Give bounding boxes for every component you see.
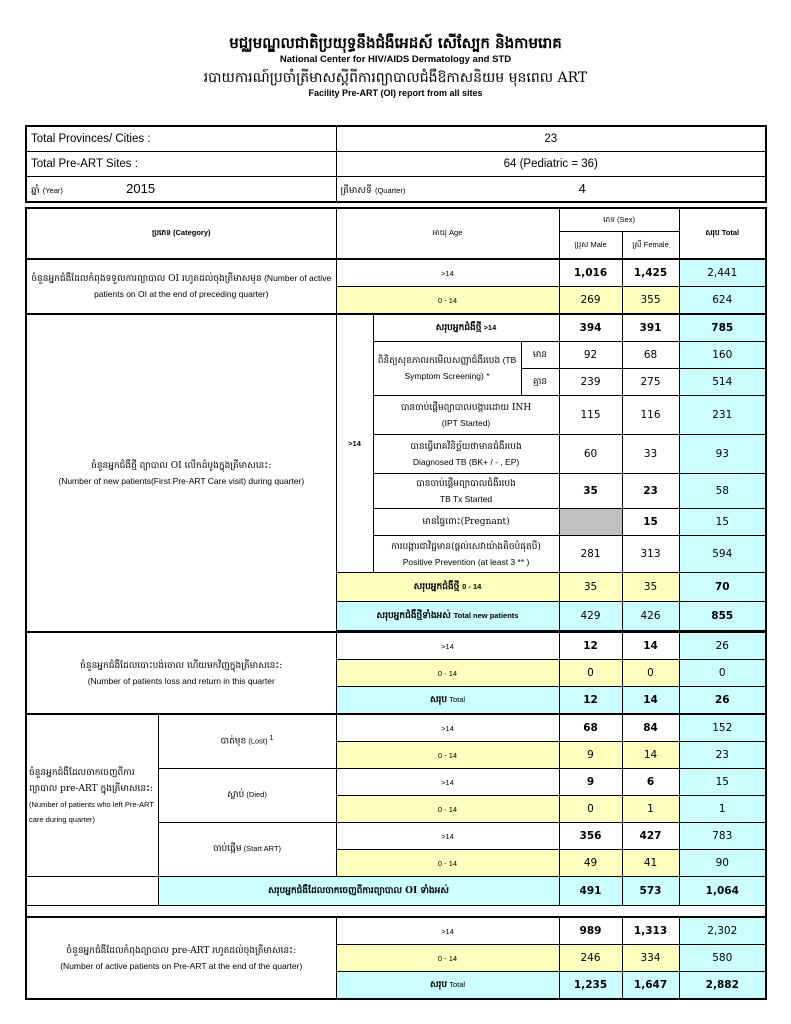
s5-female-child: 334 bbox=[622, 945, 679, 972]
s4-total-label: សរុបអ្នកជំងឺដែលចាកចេញពីការព្យាបាល OI ទាំ… bbox=[158, 877, 559, 906]
s3-total-adult: 26 bbox=[679, 632, 766, 660]
s5-total-child: 580 bbox=[679, 945, 766, 972]
s3-label-km: ចំនួនអ្នកជំងឺដែលបោះបង់ចោល ហើយមកវិញក្នុងត… bbox=[80, 661, 282, 671]
s5-male-adult: 989 bbox=[559, 917, 622, 945]
s5-total-label-en: Total bbox=[449, 980, 465, 989]
s4-lost-age-adult: >14 bbox=[336, 714, 559, 742]
year-value: 2015 bbox=[126, 181, 155, 196]
s2-diag-tb-label-km: បានធ្វើរោគវិនិច្ឆ័យថាមានជំងឺរបេង bbox=[410, 442, 521, 452]
s3-age-adult: >14 bbox=[336, 632, 559, 660]
s2-tb-tx-male: 35 bbox=[559, 474, 622, 509]
s1-row-adult: ចំនួនអ្នកជំងឺដែលកំពុងទទួលការព្យាបាល OI រ… bbox=[26, 259, 766, 287]
s3-female-adult: 14 bbox=[622, 632, 679, 660]
s4-lost-female-adult: 84 bbox=[622, 714, 679, 742]
s2-total-child-label-km: សរុបអ្នកជំងឺថ្មី bbox=[414, 582, 460, 592]
s3-total-total: 26 bbox=[679, 687, 766, 715]
s4-lost-label: បាត់មុខ (Lost) 1 bbox=[158, 714, 336, 769]
period-row: ឆ្នាំ (Year) 2015 ត្រីមាសទី (Quarter) 4 bbox=[26, 177, 766, 203]
s2-tb-tx-label-en: TB Tx Started bbox=[440, 494, 492, 504]
s3-label: ចំនួនអ្នកជំងឺដែលបោះបង់ចោល ហើយមកវិញក្នុងត… bbox=[26, 632, 336, 714]
info-table: Total Provinces/ Cities : 23 Total Pre-A… bbox=[25, 125, 767, 203]
s3-total-female: 14 bbox=[622, 687, 679, 715]
s2-row-total-adult: ចំនួនអ្នកជំងឺថ្មី ព្យាបាល OI លើកដំបូងក្ន… bbox=[26, 314, 766, 342]
s4-lost-label-km: បាត់មុខ bbox=[221, 736, 247, 746]
provinces-value: 23 bbox=[336, 126, 766, 152]
s2-diag-tb-total: 93 bbox=[679, 435, 766, 474]
s2-total-adult-label-km: សរុបអ្នកជំងឺថ្មី bbox=[436, 323, 482, 333]
s4-died-label: ស្លាប់ (Died) bbox=[158, 769, 336, 823]
quarter-value: 4 bbox=[579, 181, 586, 196]
s4-label-km: ចំនួនអ្នកជំងឺដែលចាកចេញពីការព្យាបាល pre-A… bbox=[29, 768, 153, 794]
sites-row: Total Pre-ART Sites : 64 (Pediatric = 36… bbox=[26, 152, 766, 177]
provinces-label: Total Provinces/ Cities : bbox=[26, 126, 336, 152]
s2-tb-screen-label: ពិនិត្យសុខភាពរកមើលសញ្ញាជំងឺរបេង (TB Symp… bbox=[373, 342, 521, 396]
s4-art-label-en: (Start ART) bbox=[244, 844, 281, 853]
s2-total-child-female: 35 bbox=[622, 573, 679, 602]
s5-male-child: 246 bbox=[559, 945, 622, 972]
s2-tb-no-male: 239 bbox=[559, 369, 622, 396]
quarter-label-en: (Quarter) bbox=[375, 186, 405, 195]
s2-pregnant-total: 15 bbox=[679, 509, 766, 536]
s3-row-adult: ចំនួនអ្នកជំងឺដែលបោះបង់ចោល ហើយមកវិញក្នុងត… bbox=[26, 632, 766, 660]
sites-value: 64 (Pediatric = 36) bbox=[336, 152, 766, 177]
s3-male-child: 0 bbox=[559, 660, 622, 687]
s2-ipt-label-km: បានចាប់ផ្តើមព្យាបាលបង្ការដោយ INH bbox=[401, 403, 531, 413]
s2-tb-yes-label: មាន bbox=[521, 342, 559, 369]
s3-total-child: 0 bbox=[679, 660, 766, 687]
s4-spacer bbox=[26, 906, 766, 918]
quarter-label-km: ត្រីមាសទី bbox=[341, 186, 372, 196]
s4-label-en: (Number of patients who left Pre-ART car… bbox=[29, 800, 154, 824]
report-title-km: មជ្ឈមណ្ឌលជាតិប្រយុទ្ធនឹងជំងឺអេដស៍ សើស្បែ… bbox=[0, 34, 791, 56]
s4-total-blank bbox=[26, 877, 158, 906]
s2-pos-prev-female: 313 bbox=[622, 536, 679, 573]
s2-pregnant-label: មានផ្ទៃពោះ(Pregnant) bbox=[373, 509, 559, 536]
s4-art-total-adult: 783 bbox=[679, 823, 766, 850]
s2-tb-no-label: គ្មាន bbox=[521, 369, 559, 396]
s4-art-label: ចាប់ផ្តើម (Start ART) bbox=[158, 823, 336, 877]
s2-total-adult-total: 785 bbox=[679, 314, 766, 342]
s2-ipt-female: 116 bbox=[622, 396, 679, 435]
s5-age-child: 0 - 14 bbox=[336, 945, 559, 972]
s2-total-adult-label: សរុបអ្នកជំងឺថ្មី >14 bbox=[373, 314, 559, 342]
s2-total-new-label-km: សរុបអ្នកជំងឺថ្មីទាំងអស់ bbox=[377, 611, 451, 621]
s2-label: ចំនួនអ្នកជំងឺថ្មី ព្យាបាល OI លើកដំបូងក្ន… bbox=[26, 314, 336, 632]
s4-art-age-adult: >14 bbox=[336, 823, 559, 850]
s3-male-adult: 12 bbox=[559, 632, 622, 660]
s2-pregnant-female: 15 bbox=[622, 509, 679, 536]
s1-female-child: 355 bbox=[622, 287, 679, 315]
s4-died-age-adult: >14 bbox=[336, 769, 559, 796]
s2-total-child-total: 70 bbox=[679, 573, 766, 602]
s2-pos-prev-male: 281 bbox=[559, 536, 622, 573]
s4-died-label-en: (Died) bbox=[246, 790, 266, 799]
col-female: ស្រី Female bbox=[622, 232, 679, 260]
s2-pos-prev-label: ការបង្ការជាវិជ្ជមាន(ផ្តល់សេវាយ៉ាងតិចបំផុ… bbox=[373, 536, 559, 573]
s4-lost-male-adult: 68 bbox=[559, 714, 622, 742]
s4-total-male: 491 bbox=[559, 877, 622, 906]
s5-total-total: 2,882 bbox=[679, 972, 766, 1000]
s4-total-female: 573 bbox=[622, 877, 679, 906]
col-sex: ភេទ (Sex) bbox=[559, 208, 679, 232]
s4-art-female-child: 41 bbox=[622, 850, 679, 877]
s4-died-age-child: 0 - 14 bbox=[336, 796, 559, 823]
report-title-en: National Center for HIV/AIDS Dermatology… bbox=[0, 54, 791, 65]
s4-died-label-km: ស្លាប់ bbox=[227, 790, 244, 800]
s5-label: ចំនួនអ្នកជំងឺដែលកំពុងព្យាបាល pre-ART រហូ… bbox=[26, 917, 336, 999]
s4-art-male-child: 49 bbox=[559, 850, 622, 877]
s2-tb-tx-label-km: បានចាប់ផ្តើមព្យាបាលជំងឺរបេង bbox=[416, 479, 516, 489]
s4-died-female-adult: 6 bbox=[622, 769, 679, 796]
s1-label-km: ចំនួនអ្នកជំងឺដែលកំពុងទទួលការព្យាបាល OI រ… bbox=[31, 274, 261, 284]
header-row-1: ប្រភេទ (Category) អាយុ Age ភេទ (Sex) សរុ… bbox=[26, 208, 766, 232]
s2-pregnant-male bbox=[559, 509, 622, 536]
s4-lost-total-adult: 152 bbox=[679, 714, 766, 742]
s1-male-adult: 1,016 bbox=[559, 259, 622, 287]
s4-total-total: 1,064 bbox=[679, 877, 766, 906]
s2-ipt-total: 231 bbox=[679, 396, 766, 435]
s5-total-label-km: សរុប bbox=[430, 980, 447, 990]
s2-ipt-male: 115 bbox=[559, 396, 622, 435]
s1-age-child: 0 - 14 bbox=[336, 287, 559, 315]
s2-tb-screen-label-km: ពិនិត្យសុខភាពរកមើលសញ្ញាជំងឺរបេង bbox=[378, 356, 500, 366]
s4-art-label-km: ចាប់ផ្តើម bbox=[213, 844, 242, 854]
s2-total-new-label-en: Total new patients bbox=[454, 611, 519, 620]
s2-total-child-label: សរុបអ្នកជំងឺថ្មី 0 - 14 bbox=[336, 573, 559, 602]
s2-total-new-female: 426 bbox=[622, 602, 679, 631]
s5-row-adult: ចំនួនអ្នកជំងឺដែលកំពុងព្យាបាល pre-ART រហូ… bbox=[26, 917, 766, 945]
s2-total-adult-male: 394 bbox=[559, 314, 622, 342]
s4-died-total-adult: 15 bbox=[679, 769, 766, 796]
s2-pos-prev-label-en: Positive Prevention (at least 3 ** ) bbox=[403, 557, 530, 567]
s1-female-adult: 1,425 bbox=[622, 259, 679, 287]
col-category: ប្រភេទ (Category) bbox=[26, 208, 336, 259]
s2-total-child-label-age: 0 - 14 bbox=[462, 582, 481, 591]
s5-total-male: 1,235 bbox=[559, 972, 622, 1000]
s5-age-adult: >14 bbox=[336, 917, 559, 945]
s2-tb-yes-total: 160 bbox=[679, 342, 766, 369]
s2-total-new-label: សរុបអ្នកជំងឺថ្មីទាំងអស់ Total new patien… bbox=[336, 602, 559, 631]
s4-total: សរុបអ្នកជំងឺដែលចាកចេញពីការព្យាបាល OI ទាំ… bbox=[26, 877, 766, 906]
s2-total-adult-female: 391 bbox=[622, 314, 679, 342]
s2-total-child-male: 35 bbox=[559, 573, 622, 602]
s3-label-en: (Number of patients loss and return in t… bbox=[88, 676, 275, 686]
s1-age-adult: >14 bbox=[336, 259, 559, 287]
s2-label-en: (Number of new patients(First Pre-ART Ca… bbox=[58, 476, 304, 486]
s2-diag-tb-label: បានធ្វើរោគវិនិច្ឆ័យថាមានជំងឺរបេង Diagnos… bbox=[373, 435, 559, 474]
s3-total-male: 12 bbox=[559, 687, 622, 715]
s2-total-adult-label-age: >14 bbox=[484, 323, 497, 332]
s5-label-en: (Number of active patients on Pre-ART at… bbox=[60, 961, 302, 971]
s2-age-group: >14 bbox=[336, 314, 373, 573]
report-subtitle-en: Facility Pre-ART (OI) report from all si… bbox=[0, 88, 791, 98]
s3-age-child: 0 - 14 bbox=[336, 660, 559, 687]
s4-died-female-child: 1 bbox=[622, 796, 679, 823]
report-subtitle-km: របាយការណ៍ប្រចាំត្រីមាសស្តីពីការព្យាបាលជំ… bbox=[0, 68, 791, 89]
s3-total-label-en: Total bbox=[449, 695, 465, 704]
report-table: ប្រភេទ (Category) អាយុ Age ភេទ (Sex) សរុ… bbox=[25, 207, 767, 1000]
s4-lost-total-child: 23 bbox=[679, 742, 766, 769]
s4-art-female-adult: 427 bbox=[622, 823, 679, 850]
s4-lost-adult: ចំនួនអ្នកជំងឺដែលចាកចេញពីការព្យាបាល pre-A… bbox=[26, 714, 766, 742]
s4-lost-age-child: 0 - 14 bbox=[336, 742, 559, 769]
s1-total-adult: 2,441 bbox=[679, 259, 766, 287]
s2-tb-no-female: 275 bbox=[622, 369, 679, 396]
s5-label-km: ចំនួនអ្នកជំងឺដែលកំពុងព្យាបាល pre-ART រហូ… bbox=[66, 946, 296, 956]
s1-male-child: 269 bbox=[559, 287, 622, 315]
s3-total-label-km: សរុប bbox=[430, 695, 447, 705]
s2-pos-prev-total: 594 bbox=[679, 536, 766, 573]
s4-art-male-adult: 356 bbox=[559, 823, 622, 850]
s2-diag-tb-label-en: Diagnosed TB (BK+ / - , EP) bbox=[413, 457, 519, 467]
s2-tb-yes-female: 68 bbox=[622, 342, 679, 369]
col-total: សរុប Total bbox=[679, 208, 766, 259]
quarter-cell: ត្រីមាសទី (Quarter) 4 bbox=[336, 177, 766, 203]
s4-label: ចំនួនអ្នកជំងឺដែលចាកចេញពីការព្យាបាល pre-A… bbox=[26, 714, 158, 877]
s2-diag-tb-female: 33 bbox=[622, 435, 679, 474]
s5-total-label: សរុប Total bbox=[336, 972, 559, 1000]
sites-label: Total Pre-ART Sites : bbox=[26, 152, 336, 177]
s2-tb-no-total: 514 bbox=[679, 369, 766, 396]
s2-total-new-male: 429 bbox=[559, 602, 622, 631]
s2-total-new-total: 855 bbox=[679, 602, 766, 631]
s4-art-total-child: 90 bbox=[679, 850, 766, 877]
s2-ipt-label-en: (IPT Started) bbox=[442, 418, 491, 428]
s1-label: ចំនួនអ្នកជំងឺដែលកំពុងទទួលការព្យាបាល OI រ… bbox=[26, 259, 336, 314]
s4-died-male-adult: 9 bbox=[559, 769, 622, 796]
col-age: អាយុ Age bbox=[336, 208, 559, 259]
s4-died-total-child: 1 bbox=[679, 796, 766, 823]
s2-diag-tb-male: 60 bbox=[559, 435, 622, 474]
s2-ipt-label: បានចាប់ផ្តើមព្យាបាលបង្ការដោយ INH (IPT St… bbox=[373, 396, 559, 435]
s4-lost-footnote: 1 bbox=[270, 735, 274, 742]
s4-lost-male-child: 9 bbox=[559, 742, 622, 769]
s4-lost-label-en: (Lost) bbox=[248, 736, 267, 745]
s4-art-age-child: 0 - 14 bbox=[336, 850, 559, 877]
s2-tb-tx-total: 58 bbox=[679, 474, 766, 509]
s1-total-child: 624 bbox=[679, 287, 766, 315]
s4-died-male-child: 0 bbox=[559, 796, 622, 823]
provinces-row: Total Provinces/ Cities : 23 bbox=[26, 126, 766, 152]
s3-total-label: សរុប Total bbox=[336, 687, 559, 715]
s2-tb-tx-label: បានចាប់ផ្តើមព្យាបាលជំងឺរបេង TB Tx Starte… bbox=[373, 474, 559, 509]
s3-female-child: 0 bbox=[622, 660, 679, 687]
s4-lost-female-child: 14 bbox=[622, 742, 679, 769]
s5-total-female: 1,647 bbox=[622, 972, 679, 1000]
year-label-en: (Year) bbox=[43, 186, 63, 195]
s5-female-adult: 1,313 bbox=[622, 917, 679, 945]
s2-label-km: ចំនួនអ្នកជំងឺថ្មី ព្យាបាល OI លើកដំបូងក្ន… bbox=[91, 461, 271, 471]
year-label-km: ឆ្នាំ bbox=[31, 186, 40, 196]
s2-pos-prev-label-km: ការបង្ការជាវិជ្ជមាន(ផ្តល់សេវាយ៉ាងតិចបំផុ… bbox=[391, 542, 541, 552]
s2-tb-tx-female: 23 bbox=[622, 474, 679, 509]
year-cell: ឆ្នាំ (Year) 2015 bbox=[26, 177, 336, 203]
col-male: ប្រុស Male bbox=[559, 232, 622, 260]
s2-tb-yes-male: 92 bbox=[559, 342, 622, 369]
s5-total-adult: 2,302 bbox=[679, 917, 766, 945]
